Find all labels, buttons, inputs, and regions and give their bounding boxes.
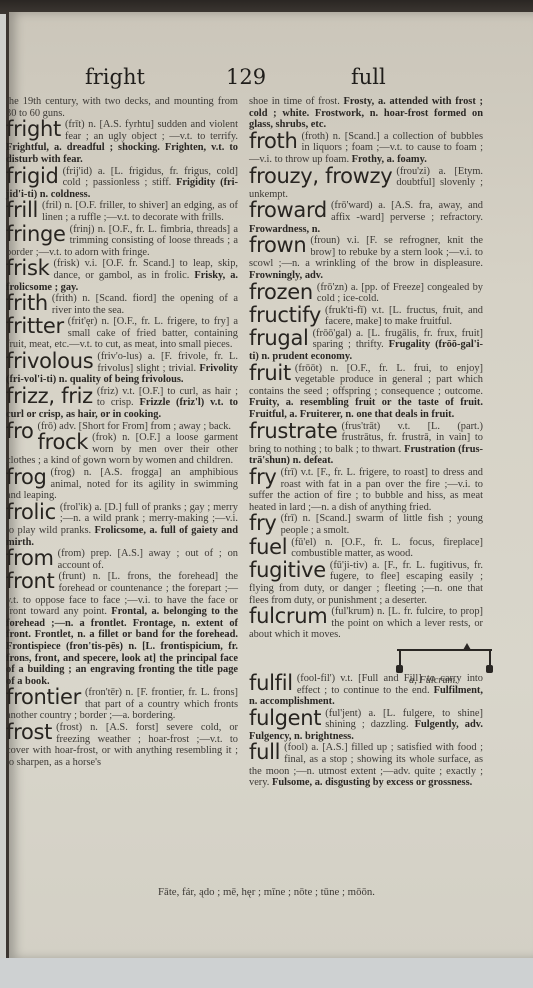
dictionary-entry: frustrate(frus'trāt) v.t. [L. (part.) fr…	[249, 421, 483, 467]
definition: (from) prep. [A.S.] away ; out of ; on a…	[58, 548, 238, 571]
dictionary-entry: fruit(frōōt) n. [O.F., fr. L. frui, to e…	[249, 363, 483, 421]
headword: full	[249, 742, 280, 762]
pronunciation-key: Fāte, fár, ądo ; mē, hęr ; mīne ; nōte ;…	[0, 886, 533, 898]
weight-icon	[396, 665, 403, 673]
dictionary-entry: frozen(frō'zn) a. [pp. of Freeze] congea…	[249, 282, 483, 305]
dictionary-entry: frivolous(friv'o-lus) a. [F. frivole, fr…	[6, 351, 238, 386]
right-column: shoe in time of frost. Frosty, a. attend…	[249, 96, 483, 789]
headword: from	[6, 548, 54, 568]
definition: (frō) adv. [Short for From] from ; away …	[38, 421, 232, 432]
weight-icon	[486, 665, 493, 673]
headword: frost	[6, 722, 52, 742]
headword: front	[6, 571, 54, 591]
headword: fulgent	[249, 708, 321, 728]
headword: fulfil	[249, 673, 293, 693]
derived-forms: Frowningly, adv.	[249, 270, 323, 281]
dictionary-entry: fuel(fū'el) n. [O.F., fr. L. focus, fire…	[249, 537, 483, 560]
headword: fry	[249, 513, 277, 533]
dictionary-entry: fringe(frinj) n. [O.F., fr. L. fimbria, …	[6, 224, 238, 259]
headword: fuel	[249, 537, 287, 557]
definition: (fruk'ti-fī) v.t. [L. fructus, fruit, an…	[325, 305, 483, 328]
dictionary-entry: fro(frō) adv. [Short for From] from ; aw…	[6, 421, 238, 433]
dictionary-entry: front(frunt) n. [L. frons, the forehead]…	[6, 571, 238, 687]
definition: (frith) n. [Scand. fiord] the opening of…	[52, 293, 238, 316]
headword: frustrate	[249, 421, 337, 441]
headword: frill	[6, 200, 38, 220]
headword: frouzy, frowzy	[249, 166, 392, 186]
derived-forms: Frightful, a. dreadful ; shocking. Frigh…	[6, 142, 238, 165]
headword: frisk	[6, 258, 49, 278]
dictionary-entry: frill(fril) n. [O.F. friller, to shiver]…	[6, 200, 238, 223]
derived-forms: Fulsome, a. disgusting by excess or gros…	[272, 777, 472, 788]
dictionary-entry: frog(frog) n. [A.S. frogga] an amphibiou…	[6, 467, 238, 502]
headword: fry	[249, 467, 277, 487]
headword: froward	[249, 200, 327, 220]
definition: (frīt) n. [A.S. fyrhtu] sudden and viole…	[65, 119, 238, 142]
headword: fugitive	[249, 560, 326, 580]
running-head: fright 129 full	[0, 65, 533, 93]
dictionary-entry: fugitive(fū'ji-tiv) a. [F., fr. L. fugit…	[249, 560, 483, 606]
lever-icon	[397, 649, 492, 651]
dictionary-entry: frost(frost) n. [A.S. forst] severe cold…	[6, 722, 238, 768]
definition: (fū'el) n. [O.F., fr. L. focus, fireplac…	[291, 537, 483, 560]
dictionary-entry: fritter(frit'ęr) n. [O.F., fr. L. friger…	[6, 316, 238, 351]
headword: frizz, friz	[6, 386, 93, 406]
definition: (fril) n. [O.F. friller, to shiver] an e…	[42, 200, 238, 223]
headword: frugal	[249, 328, 309, 348]
dictionary-entry: full(fool) a. [A.S.] filled up ; satisfi…	[249, 742, 483, 788]
headword: frigid	[6, 166, 59, 186]
dictionary-entry: froward(frō'ward) a. [A.S. fra, away, an…	[249, 200, 483, 235]
headword: fro	[6, 421, 34, 441]
dictionary-entry: fructify(fruk'ti-fī) v.t. [L. fructus, f…	[249, 305, 483, 328]
dictionary-entry: frown(froun) v.i. [F. se refrogner, knit…	[249, 235, 483, 281]
headword: fritter	[6, 316, 64, 336]
headword: fright	[6, 119, 61, 139]
derived-forms: Frothy, a. foamy.	[352, 154, 427, 165]
guide-word-last: full	[351, 65, 386, 89]
headword: frock	[38, 432, 89, 452]
headword: frolic	[6, 502, 56, 522]
fulcrum-icon	[463, 643, 471, 650]
dictionary-entry: fulgent(ful'jent) a. [L. fulgere, to shi…	[249, 708, 483, 743]
dictionary-entry: froth(froth) n. [Scand.] a collection of…	[249, 131, 483, 166]
dictionary-entry: frolic(frol'ik) a. [D.] full of pranks ;…	[6, 502, 238, 548]
dictionary-entry: frouzy, frowzy(frou'zi) a. [Etym. doubtf…	[249, 166, 483, 201]
headword: frivolous	[6, 351, 93, 371]
definition: (frō'ward) a. [A.S. fra, away, and affix…	[331, 200, 483, 223]
dictionary-entry: frontier(fron'tēr) n. [F. frontier, fr. …	[6, 687, 238, 722]
headword: fruit	[249, 363, 291, 383]
headword: frog	[6, 467, 47, 487]
dictionary-entry: fry(frī) v.t. [F., fr. L. frigere, to ro…	[249, 467, 483, 513]
guide-word-first: fright	[85, 65, 145, 89]
headword: froth	[249, 131, 297, 151]
definition: (frō'zn) a. [pp. of Freeze] congealed by…	[317, 282, 483, 305]
left-column: the 19th century, with two decks, and mo…	[6, 96, 238, 768]
dictionary-entry: frigid(frij'id) a. [L. frigidus, fr. fri…	[6, 166, 238, 201]
dictionary-entry: frisk(frisk) v.i. [O.F. fr. Scand.] to l…	[6, 258, 238, 293]
headword: fructify	[249, 305, 321, 325]
definition: (frī) v.t. [F., fr. L. frigere, to roast…	[249, 467, 483, 513]
headword: frown	[249, 235, 306, 255]
dictionary-entry: fulcrum(ful'krum) n. [L. fr. fulcire, to…	[249, 606, 483, 641]
page-number: 129	[226, 65, 266, 89]
headword: frontier	[6, 687, 81, 707]
dictionary-entry: from(from) prep. [A.S.] away ; out of ; …	[6, 548, 238, 571]
dictionary-entry: frugal(frōō'gal) a. [L. frugālis, fr. fr…	[249, 328, 483, 363]
derived-forms: Frowardness, n.	[249, 224, 320, 235]
dictionary-entry: fry(frī) n. [Scand.] swarm of little fis…	[249, 513, 483, 536]
figure-caption: a, Fulcrum.	[409, 675, 458, 687]
dictionary-entry: frith(frith) n. [Scand. fiord] the openi…	[6, 293, 238, 316]
dictionary-entry: frock(frok) n. [O.F.] a loose garment wo…	[6, 432, 238, 467]
headword: frith	[6, 293, 48, 313]
headword: fulcrum	[249, 606, 327, 626]
carryover-text: the 19th century, with two decks, and mo…	[6, 96, 238, 119]
fulcrum-illustration: a, Fulcrum.	[249, 643, 483, 673]
dictionary-entry: frizz, friz(friz) v.t. [O.F.] to curl, a…	[6, 386, 238, 421]
dictionary-entry: fright(frīt) n. [A.S. fyrhtu] sudden and…	[6, 119, 238, 165]
headword: frozen	[249, 282, 313, 302]
derived-forms: Fruity, a. resembling fruit or the taste…	[249, 397, 483, 420]
carryover-text: shoe in time of frost. Frosty, a. attend…	[249, 96, 483, 131]
background-surface	[0, 958, 533, 988]
definition: (frī) n. [Scand.] swarm of little fish ;…	[281, 513, 483, 536]
headword: fringe	[6, 224, 66, 244]
derived-forms: Frontal, a. belonging to the forehead ;—…	[6, 606, 238, 687]
